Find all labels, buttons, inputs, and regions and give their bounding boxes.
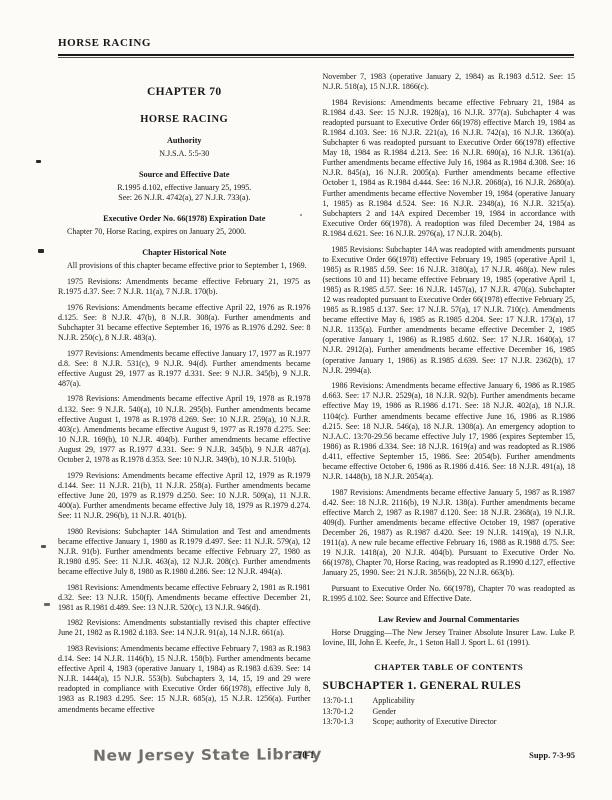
law-review-heading: Law Review and Journal Commentaries [323, 615, 576, 624]
two-column-body: CHAPTER 70 HORSE RACING Authority N.J.S.… [58, 72, 575, 744]
authority-heading: Authority [58, 136, 311, 145]
historical-paragraph: Pursuant to Executive Order No. 66(1978)… [323, 584, 576, 604]
source-line: See: 26 N.J.R. 4742(a), 27 N.J.R. 733(a)… [58, 193, 311, 203]
subchapter-heading: SUBCHAPTER 1. GENERAL RULES [323, 680, 576, 692]
toc-entry-title: Applicability [373, 696, 576, 707]
source-heading: Source and Effective Date [58, 170, 311, 179]
document-page: HORSE RACING CHAPTER 70 HORSE RACING Aut… [0, 0, 612, 800]
law-review-text: Horse Drugging—The New Jersey Trainer Ab… [323, 628, 576, 648]
toc-entry-number: 13:70-1.3 [323, 717, 373, 728]
scan-artifact [36, 160, 41, 163]
historical-note-heading: Chapter Historical Note [58, 248, 311, 257]
historical-paragraph: 1981 Revisions: Amendments became effect… [58, 583, 311, 613]
running-head-title: HORSE RACING [58, 37, 151, 49]
historical-paragraph: 1987 Revisions: Amendments became effect… [323, 488, 576, 579]
toc-entry-title: Gender [373, 707, 576, 718]
source-line: R.1995 d.102, effective January 25, 1995… [58, 183, 311, 193]
historical-paragraph: 1980 Revisions: Subchapter 14A Stimulati… [58, 527, 311, 577]
historical-paragraph: 1975 Revisions: Amendments became effect… [58, 277, 311, 297]
expiration-heading: Executive Order No. 66(1978) Expiration … [58, 214, 311, 223]
historical-paragraph: 1978 Revisions: Amendments became effect… [58, 394, 311, 465]
historical-paragraph: All provisions of this chapter became ef… [58, 261, 311, 271]
chapter-title: HORSE RACING [58, 114, 311, 125]
expiration-text: Chapter 70, Horse Racing, expires on Jan… [58, 227, 311, 237]
authority-citation: N.J.S.A. 5:5-30 [58, 149, 311, 159]
page-number: 70-1 [298, 750, 315, 760]
historical-paragraph: 1982 Revisions: Amendments substantially… [58, 618, 311, 638]
header-rule [58, 54, 574, 58]
toc-entry-title: Scope; authority of Executive Director [373, 717, 576, 728]
page-footer: New Jersey State Library 70-1 Supp. 7-3-… [0, 744, 612, 774]
scan-artifact [41, 545, 46, 548]
page-header: HORSE RACING [58, 33, 574, 58]
scan-artifact [38, 249, 44, 253]
historical-paragraph: 1976 Revisions: Amendments became effect… [58, 303, 311, 343]
scan-artifact [44, 603, 50, 606]
historical-paragraph: 1983 Revisions: Amendments became effect… [58, 644, 311, 715]
toc-entry: 13:70-1.2 Gender [323, 707, 576, 718]
toc-entry: 13:70-1.1 Applicability [323, 696, 576, 707]
toc-entry-number: 13:70-1.2 [323, 707, 373, 718]
chapter-number: CHAPTER 70 [58, 86, 311, 98]
historical-paragraph: 1977 Revisions: Amendments became effect… [58, 349, 311, 389]
library-stamp: New Jersey State Library [93, 745, 322, 765]
historical-paragraph: 1986 Revisions: Amendments became effect… [323, 381, 576, 482]
toc-entry-number: 13:70-1.1 [323, 696, 373, 707]
toc-heading: CHAPTER TABLE OF CONTENTS [323, 662, 576, 672]
left-column: CHAPTER 70 HORSE RACING Authority N.J.S.… [58, 72, 311, 744]
right-column: November 7, 1983 (operative January 2, 1… [323, 72, 576, 744]
historical-paragraph: 1984 Revisions: Amendments became effect… [323, 98, 576, 239]
historical-paragraph: 1985 Revisions: Subchapter 14A was reado… [323, 245, 576, 376]
toc-entry: 13:70-1.3 Scope; authority of Executive … [323, 717, 576, 728]
supplement-date: Supp. 7-3-95 [529, 750, 575, 760]
historical-paragraph: 1979 Revisions: Amendments became effect… [58, 471, 311, 521]
historical-paragraph-continued: November 7, 1983 (operative January 2, 1… [323, 72, 576, 92]
